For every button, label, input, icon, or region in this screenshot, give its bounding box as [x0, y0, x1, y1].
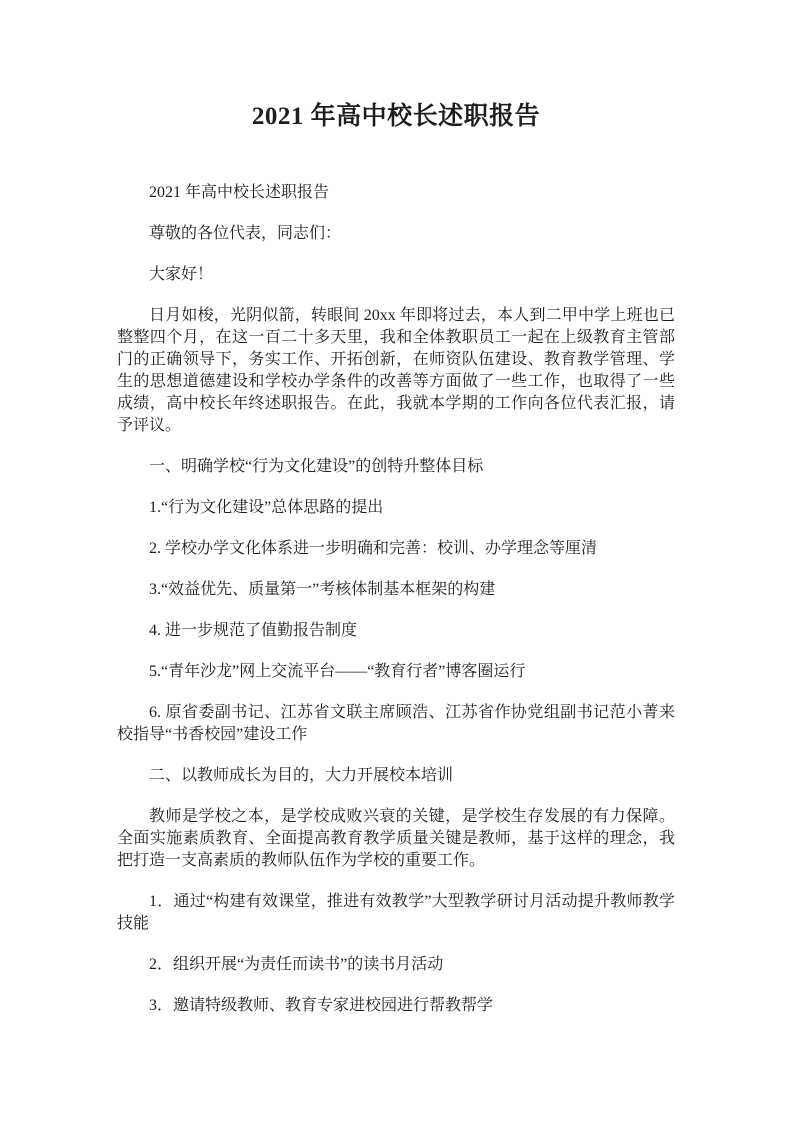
paragraph: 尊敬的各位代表，同志们： — [117, 223, 675, 245]
paragraph: 2021 年高中校长述职报告 — [117, 182, 675, 204]
paragraph: 教师是学校之本，是学校成败兴衰的关键，是学校生存发展的有力保障。全面实施素质教育… — [117, 806, 675, 872]
paragraph-list-item: 5.“青年沙龙”网上交流平台——“教育行者”博客圈运行 — [117, 661, 675, 683]
paragraph-section-heading: 一、明确学校“行为文化建设”的创特升整体目标 — [117, 456, 675, 478]
document-page: 2021 年高中校长述职报告 2021 年高中校长述职报告 尊敬的各位代表，同志… — [0, 0, 793, 1122]
paragraph-section-heading: 二、以教师成长为目的，大力开展校本培训 — [117, 765, 675, 787]
paragraph-list-item: 2. 学校办学文化体系进一步明确和完善：校训、办学理念等厘清 — [117, 538, 675, 560]
paragraph: 大家好！ — [117, 264, 675, 286]
paragraph-list-item: 3.“效益优先、质量第一”考核体制基本框架的构建 — [117, 579, 675, 601]
document-content: 2021 年高中校长述职报告 2021 年高中校长述职报告 尊敬的各位代表，同志… — [0, 0, 793, 1017]
document-body: 2021 年高中校长述职报告 尊敬的各位代表，同志们： 大家好！ 日月如梭，光阴… — [117, 182, 675, 1017]
paragraph-list-item: 4. 进一步规范了值勤报告制度 — [117, 620, 675, 642]
paragraph-list-item: 2．组织开展“为责任而读书”的读书月活动 — [117, 954, 675, 976]
paragraph-list-item: 3．邀请特级教师、教育专家进校园进行帮教帮学 — [117, 995, 675, 1017]
paragraph-list-item: 6. 原省委副书记、江苏省文联主席顾浩、江苏省作协党组副书记范小菁来校指导“书香… — [117, 702, 675, 746]
paragraph-list-item: 1．通过“构建有效课堂，推进有效教学”大型教学研讨月活动提升教师教学技能 — [117, 891, 675, 935]
document-title: 2021 年高中校长述职报告 — [117, 100, 675, 134]
paragraph: 日月如梭，光阴似箭，转眼间 20xx 年即将过去，本人到二甲中学上班也已整整四个… — [117, 305, 675, 437]
paragraph-list-item: 1.“行为文化建设”总体思路的提出 — [117, 497, 675, 519]
